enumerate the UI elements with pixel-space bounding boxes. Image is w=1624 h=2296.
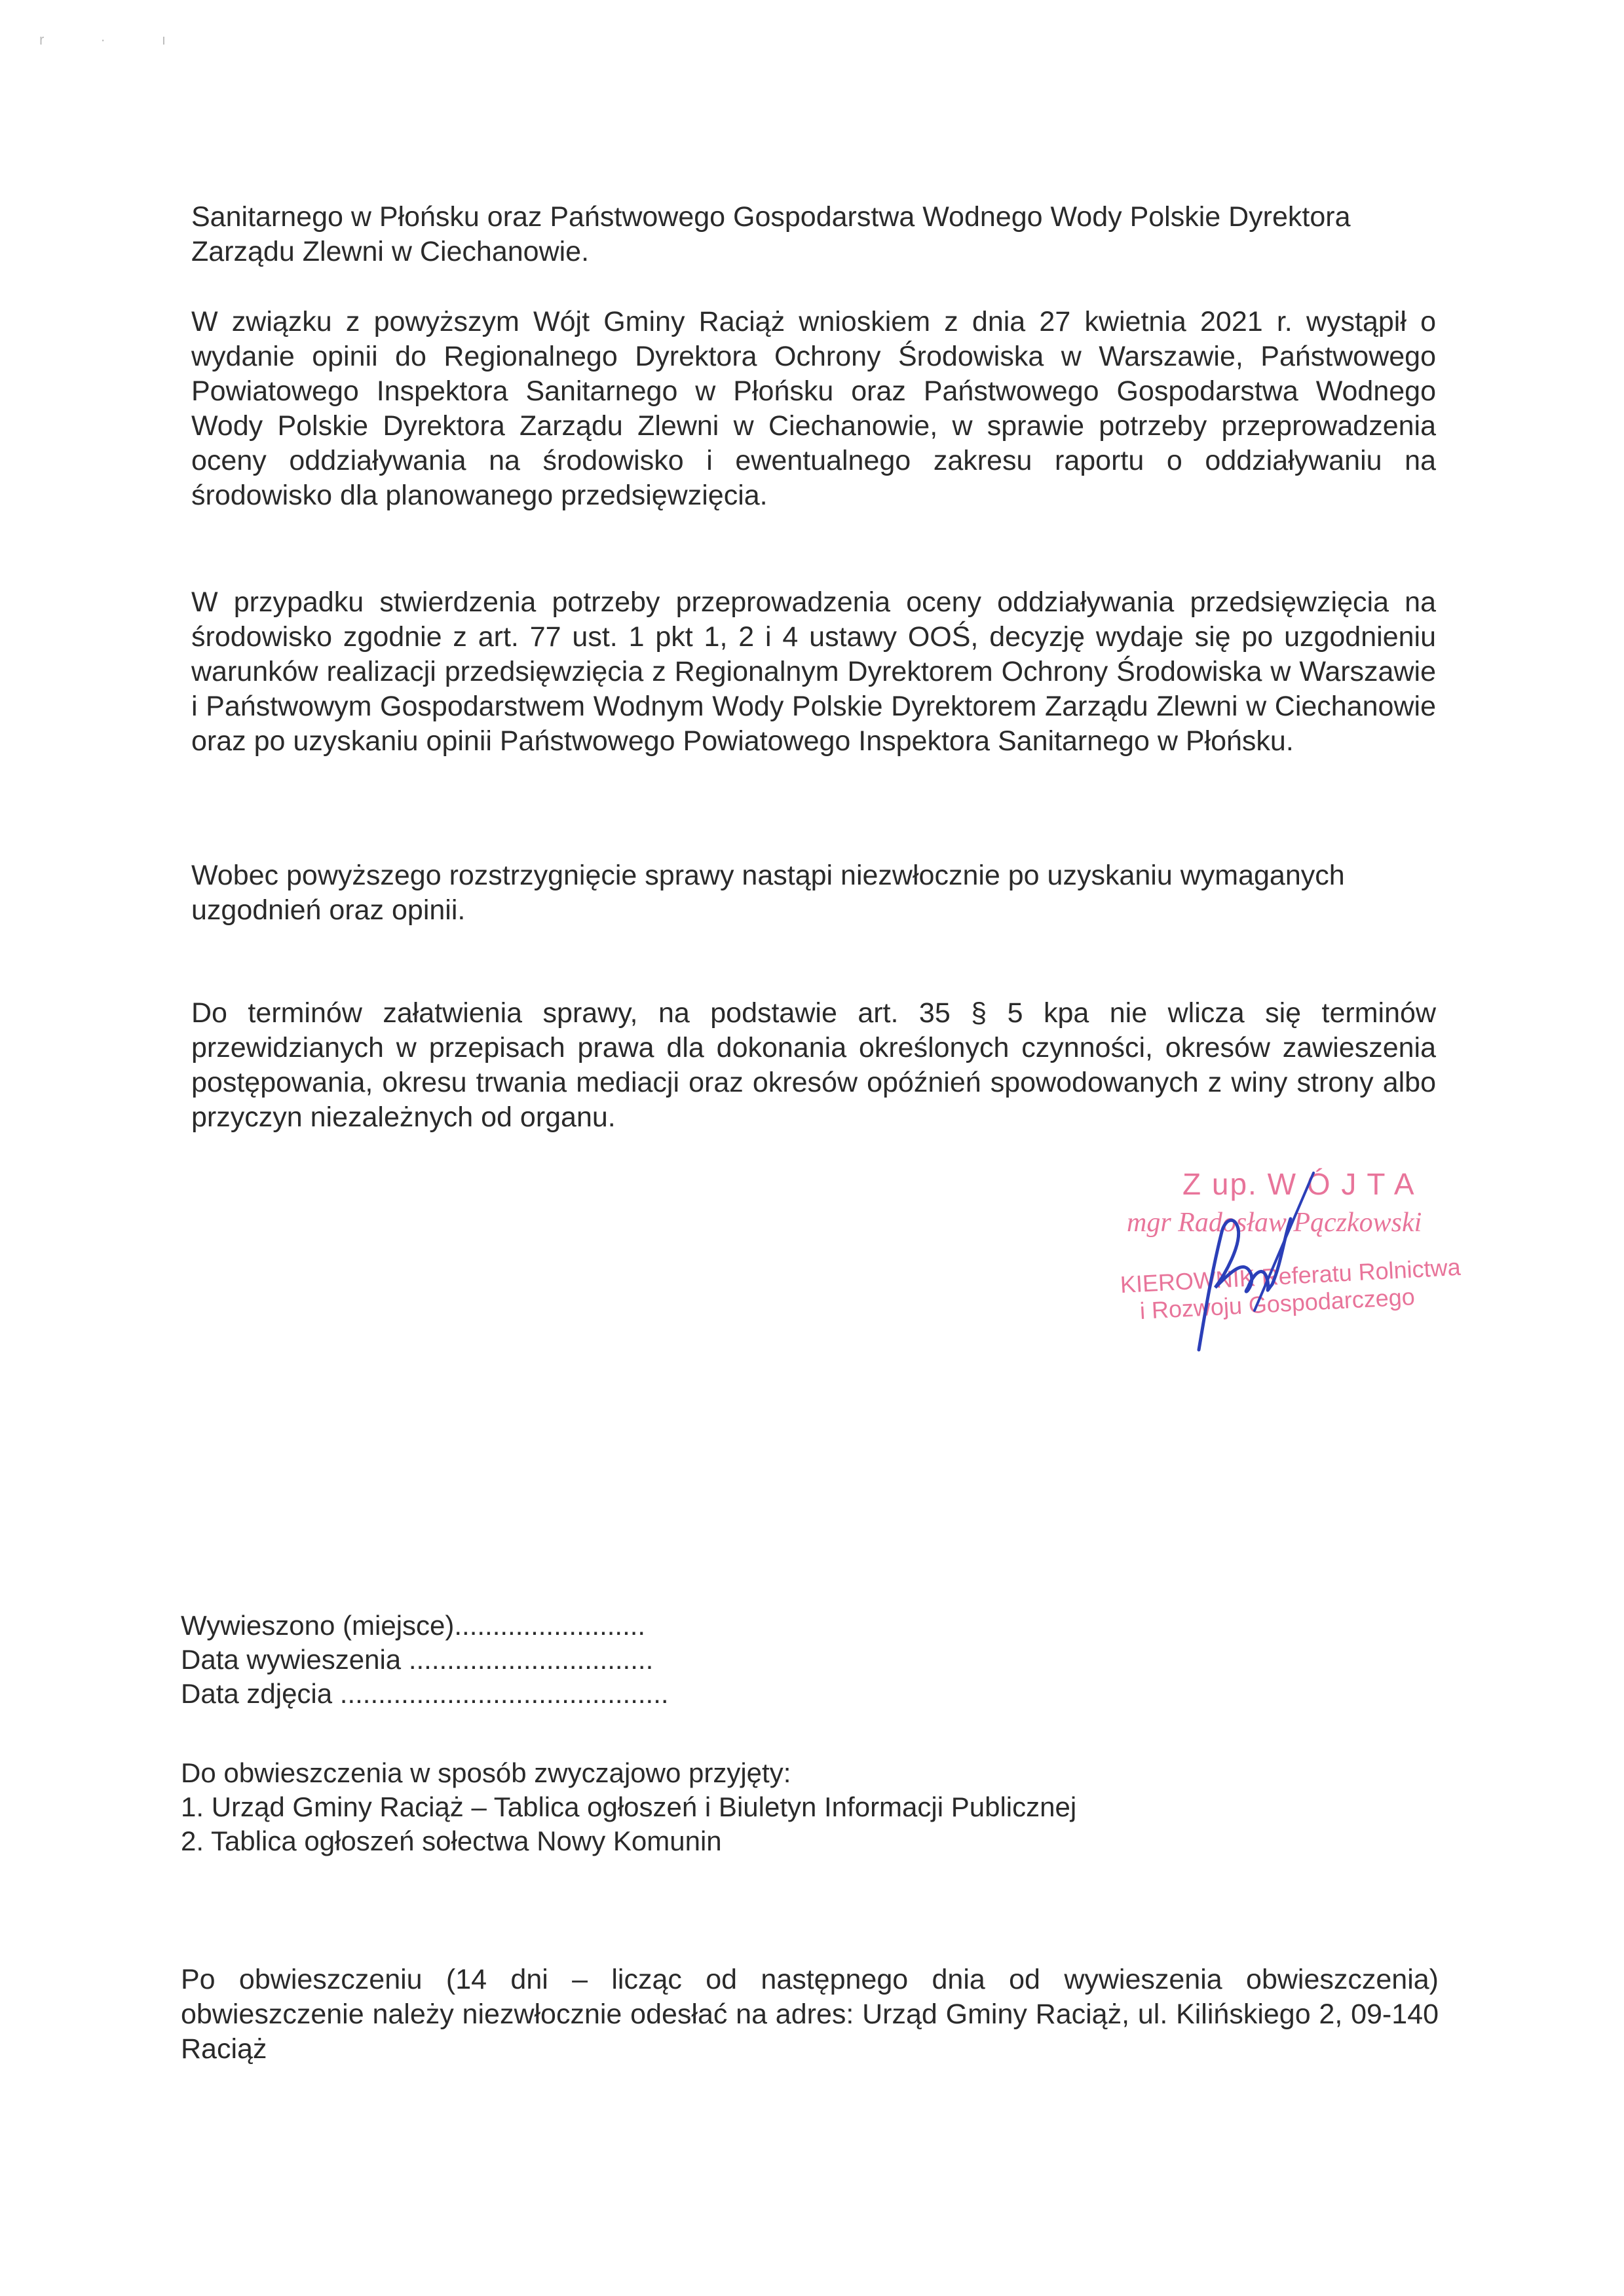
- handwritten-signature-icon: [1101, 1160, 1507, 1369]
- field-label: Data wywieszenia: [181, 1644, 401, 1675]
- paragraph-conditions: W przypadku stwierdzenia potrzeby przepr…: [191, 585, 1436, 759]
- paragraph-text: Po obwieszczeniu (14 dni – licząc od nas…: [181, 1962, 1439, 2067]
- posting-fields: Wywieszono (miejsce)....................…: [181, 1609, 669, 1711]
- paragraph-text: Sanitarnego w Płońsku oraz Państwowego G…: [191, 200, 1436, 269]
- fill-dots: ........................................…: [332, 1678, 668, 1709]
- paragraph-continuation: Sanitarnego w Płońsku oraz Państwowego G…: [191, 200, 1436, 269]
- paragraph-deadlines: Do terminów załatwienia sprawy, na podst…: [191, 996, 1436, 1135]
- footer-note: Po obwieszczeniu (14 dni – licząc od nas…: [181, 1962, 1439, 2067]
- paragraph-text: Do terminów załatwienia sprawy, na podst…: [191, 996, 1436, 1135]
- paragraph-resolution: Wobec powyższego rozstrzygnięcie sprawy …: [191, 858, 1436, 928]
- distribution-item: 1. Urząd Gminy Raciąż – Tablica ogłoszeń…: [181, 1790, 1076, 1824]
- fill-dots: ................................: [401, 1644, 653, 1675]
- paragraph-text: W przypadku stwierdzenia potrzeby przepr…: [191, 585, 1436, 759]
- posting-field-place: Wywieszono (miejsce)....................…: [181, 1609, 669, 1643]
- scan-artifacts: r · ı: [39, 31, 192, 48]
- distribution-item: 2. Tablica ogłoszeń sołectwa Nowy Komuni…: [181, 1824, 1076, 1858]
- distribution-heading: Do obwieszczenia w sposób zwyczajowo prz…: [181, 1756, 1076, 1790]
- document-page: r · ı Sanitarnego w Płońsku oraz Państwo…: [0, 0, 1624, 2296]
- paragraph-request: W związku z powyższym Wójt Gminy Raciąż …: [191, 305, 1436, 513]
- field-label: Data zdjęcia: [181, 1678, 332, 1709]
- posting-field-date-posted: Data wywieszenia .......................…: [181, 1643, 669, 1677]
- paragraph-text: W związku z powyższym Wójt Gminy Raciąż …: [191, 305, 1436, 513]
- field-label: Wywieszono (miejsce): [181, 1610, 454, 1641]
- fill-dots: .........................: [454, 1610, 645, 1641]
- distribution-list: Do obwieszczenia w sposób zwyczajowo prz…: [181, 1756, 1076, 1858]
- paragraph-text: Wobec powyższego rozstrzygnięcie sprawy …: [191, 858, 1436, 928]
- posting-field-date-removed: Data zdjęcia ...........................…: [181, 1677, 669, 1711]
- official-stamp: Z up. W Ó J T A mgr Radosław Pączkowski …: [1101, 1160, 1507, 1369]
